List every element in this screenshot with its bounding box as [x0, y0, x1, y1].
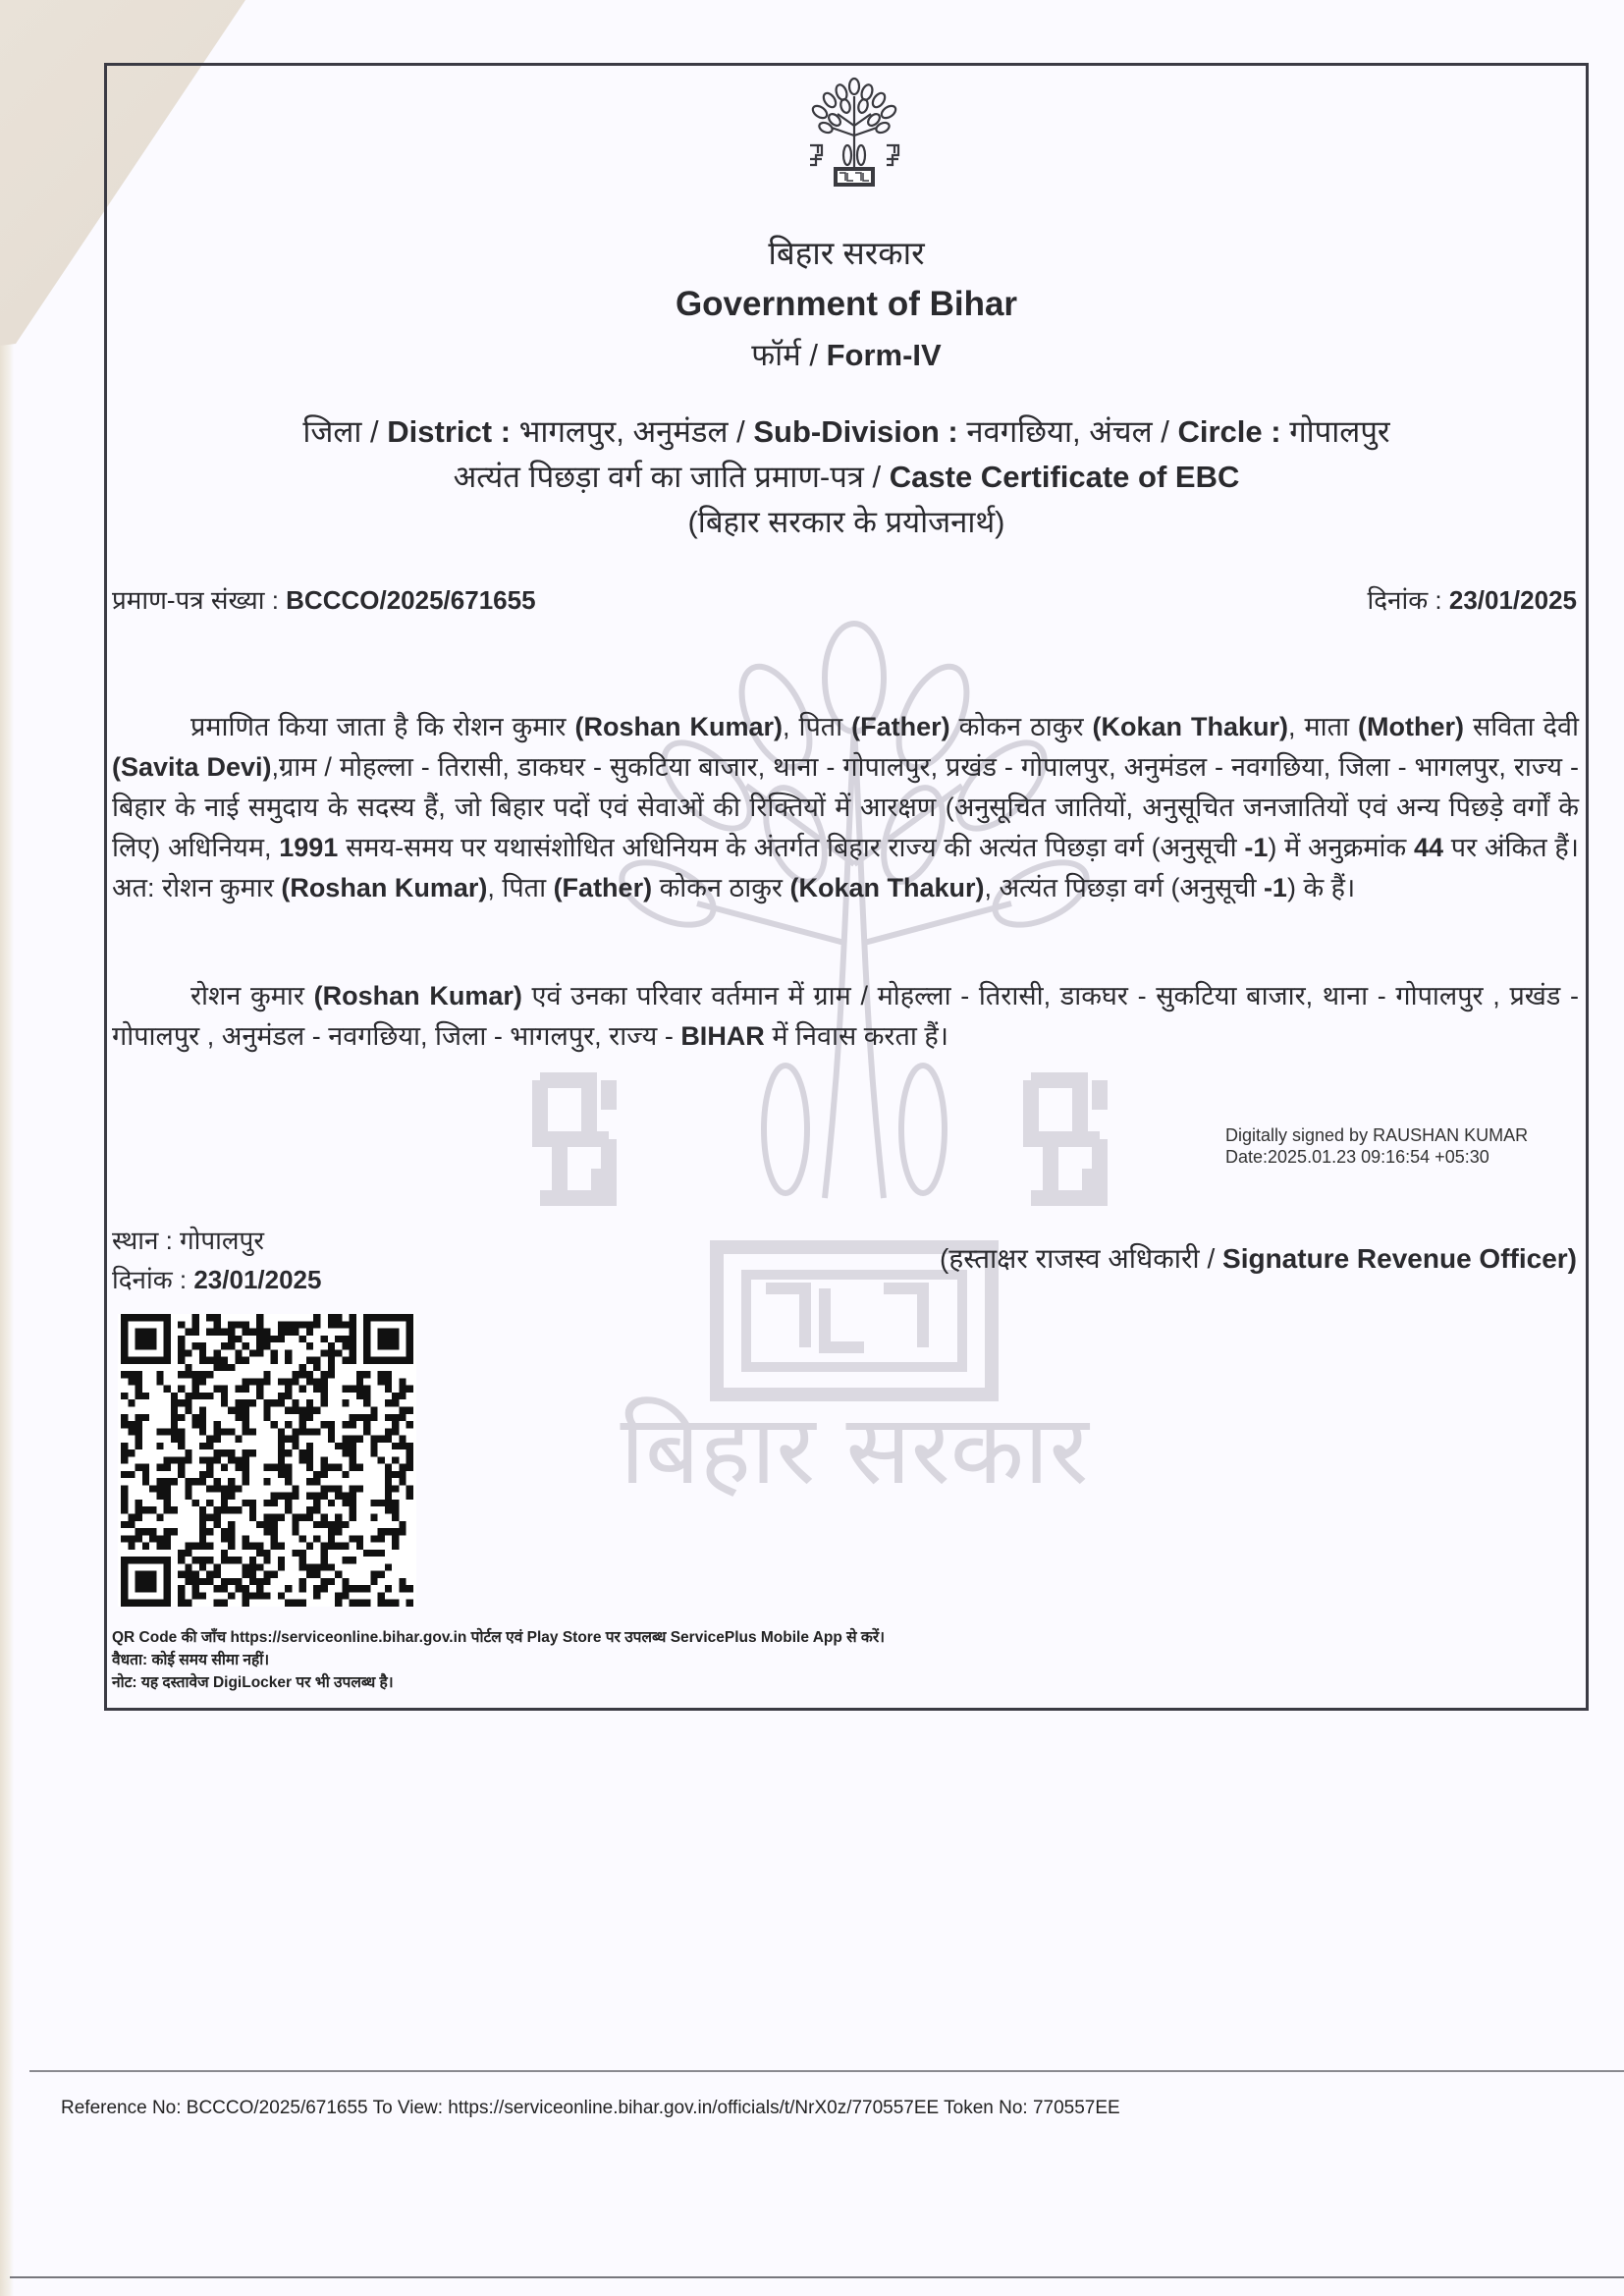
qr-verification-note: QR Code की जाँच https://serviceonline.bi…: [112, 1626, 885, 1649]
circle-value: गोपालपुर: [1281, 414, 1390, 449]
district-label: District :: [387, 414, 511, 449]
certificate-date-label: दिनांक :: [1368, 585, 1449, 615]
district-label-hindi: जिला /: [302, 414, 387, 449]
place-value: गोपालपुर: [180, 1226, 264, 1255]
place: स्थान : गोपालपुर: [112, 1222, 264, 1257]
certificate-number-label: प्रमाण-पत्र संख्या :: [112, 585, 286, 615]
page-bottom-edge: [10, 2276, 1624, 2278]
certificate-date-value: 23/01/2025: [1449, 585, 1577, 615]
government-title-hindi: बिहार सरकार: [104, 230, 1589, 274]
certificate-number-value: BCCCO/2025/671655: [286, 585, 535, 615]
qr-code-icon[interactable]: [118, 1314, 416, 1607]
certification-paragraph: प्रमाणित किया जाता है कि रोशन कुमार (Ros…: [112, 707, 1579, 908]
government-title-english: Government of Bihar: [104, 285, 1589, 324]
issue-date-value: 23/01/2025: [193, 1265, 321, 1294]
subdivision-value: नवगछिया,: [958, 414, 1090, 449]
subdivision-label: Sub-Division :: [753, 414, 957, 449]
residence-paragraph: रोशन कुमार (Roshan Kumar) एवं उनका परिवा…: [112, 976, 1579, 1057]
subdivision-label-hindi: अनुमंडल /: [632, 414, 753, 449]
certificate-date: दिनांक : 23/01/2025: [1368, 581, 1577, 617]
signature-label-english: Signature Revenue Officer): [1222, 1243, 1577, 1274]
issue-date-label: दिनांक :: [112, 1265, 193, 1294]
digital-signature-signer: Digitally signed by RAUSHAN KUMAR: [1225, 1124, 1528, 1146]
certificate-title-english: Caste Certificate of EBC: [890, 460, 1240, 494]
footer-reference: Reference No: BCCCO/2025/671655 To View:…: [61, 2098, 1120, 2119]
digilocker-note: नोट: यह दस्तावेज DigiLocker पर भी उपलब्ध…: [112, 1671, 885, 1694]
circle-label-hindi: अंचल /: [1089, 414, 1177, 449]
place-label: स्थान :: [112, 1226, 180, 1255]
certificate-purpose: (बिहार सरकार के प्रयोजनार्थ): [104, 501, 1589, 542]
watermark-text: बिहार सरकार: [620, 1394, 1090, 1506]
digital-signature-date: Date:2025.01.23 09:16:54 +05:30: [1225, 1146, 1528, 1168]
signature-label-hindi: (हस्ताक्षर राजस्व अधिकारी /: [940, 1243, 1222, 1274]
validity-note: वैधता: कोई समय सीमा नहीं।: [112, 1649, 885, 1671]
signature-label: (हस्ताक्षर राजस्व अधिकारी / Signature Re…: [940, 1239, 1577, 1277]
form-number: Form-IV: [827, 338, 942, 372]
bihar-emblem-icon: [790, 77, 918, 194]
issue-date: दिनांक : 23/01/2025: [112, 1261, 321, 1296]
district-value: भागलपुर,: [511, 414, 632, 449]
certificate-number: प्रमाण-पत्र संख्या : BCCCO/2025/671655: [112, 581, 536, 617]
footer-divider: [29, 2070, 1624, 2072]
certificate-title: अत्यंत पिछड़ा वर्ग का जाति प्रमाण-पत्र /…: [104, 456, 1589, 497]
jurisdiction-line: जिला / District : भागलपुर, अनुमंडल / Sub…: [104, 410, 1589, 452]
form-label: फॉर्म / Form-IV: [104, 334, 1589, 375]
verification-notes: QR Code की जाँच https://serviceonline.bi…: [112, 1626, 885, 1694]
circle-label: Circle :: [1177, 414, 1280, 449]
digital-signature: Digitally signed by RAUSHAN KUMAR Date:2…: [1225, 1124, 1528, 1168]
form-label-hindi: फॉर्म /: [751, 338, 826, 372]
certificate-title-hindi: अत्यंत पिछड़ा वर्ग का जाति प्रमाण-पत्र /: [454, 460, 890, 494]
